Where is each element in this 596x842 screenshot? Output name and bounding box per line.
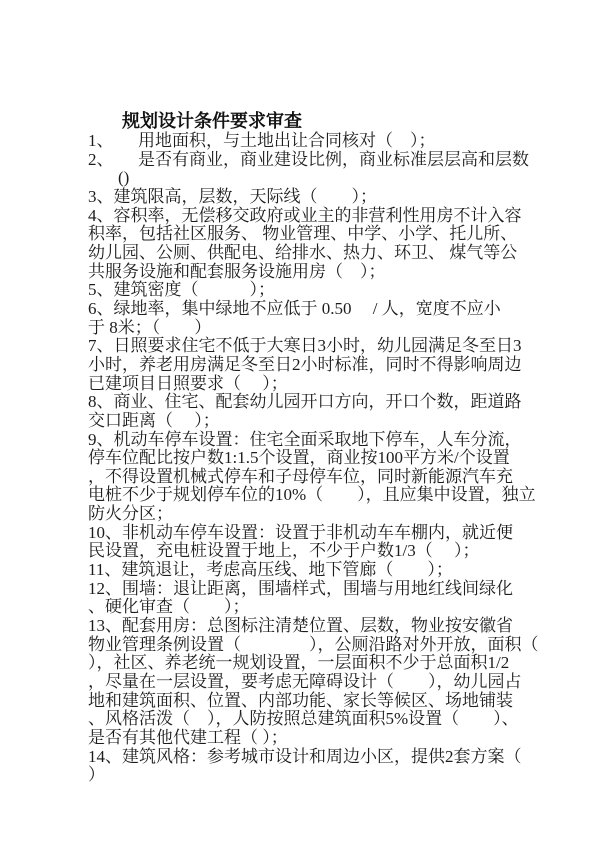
text-line-item-6: 于 8米；（ ） (88, 319, 528, 338)
item-number: 2、 (88, 151, 138, 170)
text-line-item-13: ，尽量在一层设置，要考虑无障碍设计（ ），幼儿园占 (88, 673, 528, 692)
text-line-item-1: 1、用地面积，与土地出让合同核对（ ）； (88, 132, 528, 151)
text-line-item-10: 民设置，充电桩设置于地上，不少于户数1/3（ ）； (88, 542, 528, 561)
text-line-item-13: ），社区、养老统一规划设置，一层面积不少于总面积1/2 (88, 654, 528, 673)
document-page: 规划设计条件要求审查 1、用地面积，与土地出让合同核对（ ）；2、是否有商业，商… (0, 0, 596, 842)
text-line-item-8: 交口距离（ ）； (88, 412, 528, 431)
text-line-item-2: 2、是否有商业，商业建设比例，商业标准层层高和层数 (88, 151, 528, 170)
text-line-item-7: 小时，养老用房满足冬至日2小时标准，同时不得影响周边 (88, 356, 528, 375)
text-line-item-7: 已建项目日照要求（ ）； (88, 375, 528, 394)
item-number: 1、 (88, 132, 138, 151)
text-line-item-11: 11、建筑退让，考虑高压线、地下管廊（ ）； (88, 561, 528, 580)
text-line-item-10: 10、非机动车停车设置：设置于非机动车车棚内，就近便 (88, 524, 528, 543)
text-line-item-5: 5、建筑密度（ ）； (88, 281, 528, 300)
text-line-item-12: 12、围墙：退让距离，围墙样式，围墙与用地红线间绿化 (88, 580, 528, 599)
text-line-item-7: 7、日照要求住宅不低于大寒日3小时，幼儿园满足冬至日3 (88, 337, 528, 356)
text-line-item-4: 共服务设施和配套服务设施用房（ ）； (88, 263, 528, 282)
text-line-item-13: 13、配套用房：总图标注清楚位置、层数，物业按安徽省 (88, 617, 528, 636)
text-line-item-6: 6、绿地率，集中绿地不应低于 0.50 / 人，宽度不应小 (88, 300, 528, 319)
text-line-item-2: () (88, 169, 528, 188)
text-line-item-4: 幼儿园、公厕、供配电、给排水、热力、环卫、 煤气等公 (88, 244, 528, 263)
text-line-item-8: 8、商业、住宅、配套幼儿园开口方向，开口个数，距道路 (88, 393, 528, 412)
document-content: 规划设计条件要求审查 1、用地面积，与土地出让合同核对（ ）；2、是否有商业，商… (88, 111, 528, 785)
text-line-item-9: 9、机动车停车设置：住宅全面采取地下停车，人车分流， (88, 431, 528, 450)
text-line-item-3: 3、建筑限高，层数，天际线（ ）； (88, 188, 528, 207)
text-line-item-13: 、风格活泼（ ），人防按照总建筑面积5%设置（ ）、 (88, 710, 528, 729)
text-line-item-4: 4、容积率，无偿移交政府或业主的非营利性用房不计入容 (88, 207, 528, 226)
text-line-item-12: 、硬化审查（ ）； (88, 598, 528, 617)
document-body: 1、用地面积，与土地出让合同核对（ ）；2、是否有商业，商业建设比例，商业标准层… (88, 132, 528, 785)
text-line-item-14: ） (88, 766, 528, 785)
text-line-item-9: 防火分区； (88, 505, 528, 524)
text-line-item-4: 积率，包括社区服务、 物业管理、中学、小学、托儿所、 (88, 225, 528, 244)
document-title: 规划设计条件要求审查 (88, 111, 528, 132)
text-line-item-13: 地和建筑面积、位置、内部功能、家长等候区、场地铺装 (88, 692, 528, 711)
text-line-item-9: 停车位配比按户数1:1.5个设置，商业按100平方米/个设置 (88, 449, 528, 468)
text-line-item-13: 是否有其他代建工程（ ）； (88, 729, 528, 748)
text-line-item-9: ，不得设置机械式停车和子母停车位，同时新能源汽车充 (88, 468, 528, 487)
text-line-item-14: 14、建筑风格：参考城市设计和周边小区，提供2套方案（ (88, 748, 528, 767)
text-line-item-9: 电桩不少于规划停车位的10%（ ），且应集中设置，独立 (88, 486, 528, 505)
text-line-item-13: 物业管理条例设置（ ），公厕沿路对外开放，面积（ (88, 636, 528, 655)
